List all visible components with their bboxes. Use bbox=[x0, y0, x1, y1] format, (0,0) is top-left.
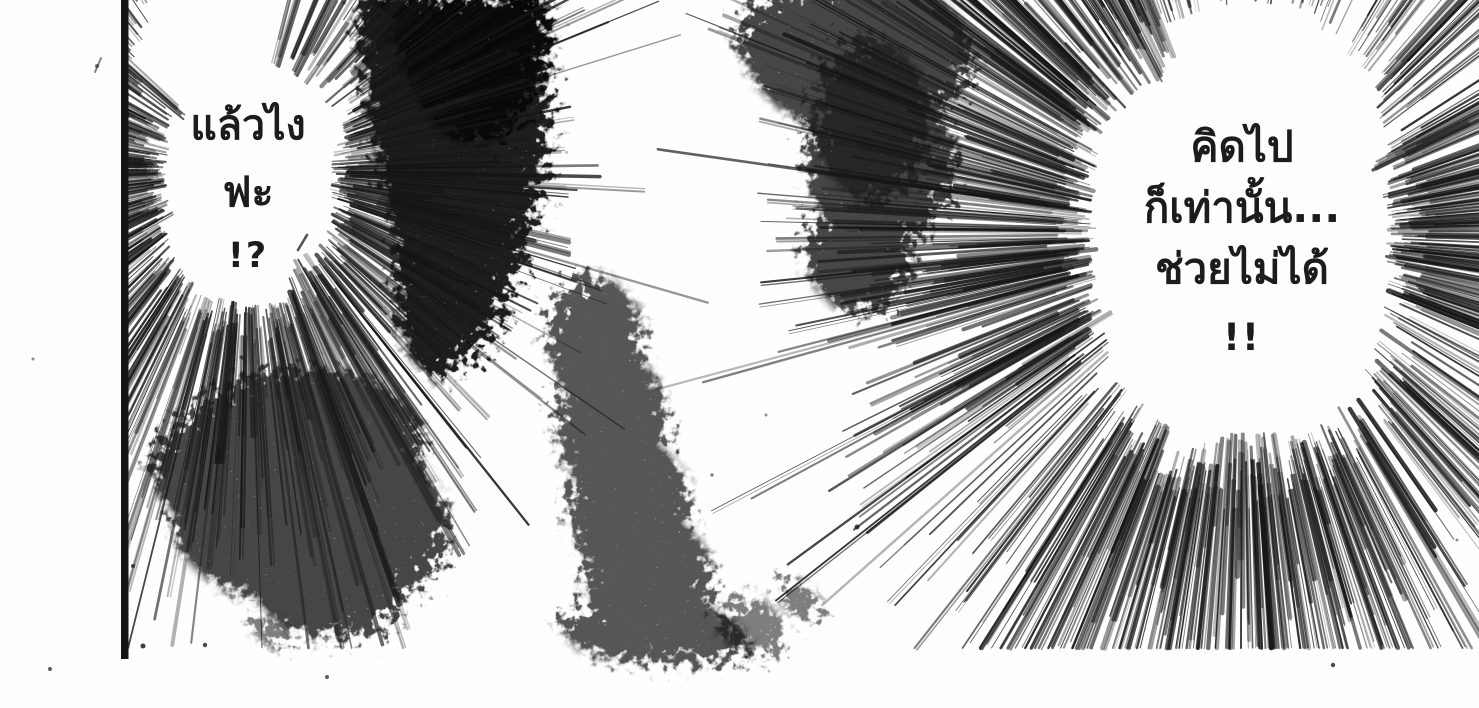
speech-line: คิดไป bbox=[1080, 116, 1404, 177]
speech-line: ฟะ bbox=[126, 159, 370, 226]
speech-line: แล้วไง bbox=[126, 92, 370, 159]
speech-line: ก็เท่านั้น... bbox=[1080, 177, 1404, 238]
speech-burst-left: แล้วไง ฟะ !? bbox=[126, 92, 370, 286]
speech-burst-right: คิดไป ก็เท่านั้น... ช่วยไม่ได้ !! bbox=[1080, 116, 1404, 367]
speech-line: !? bbox=[126, 226, 370, 286]
speech-line: ช่วยไม่ได้ bbox=[1080, 238, 1404, 299]
speech-line: !! bbox=[1080, 309, 1404, 367]
manga-panel: แล้วไง ฟะ !? คิดไป ก็เท่านั้น... ช่วยไม่… bbox=[0, 0, 1479, 708]
